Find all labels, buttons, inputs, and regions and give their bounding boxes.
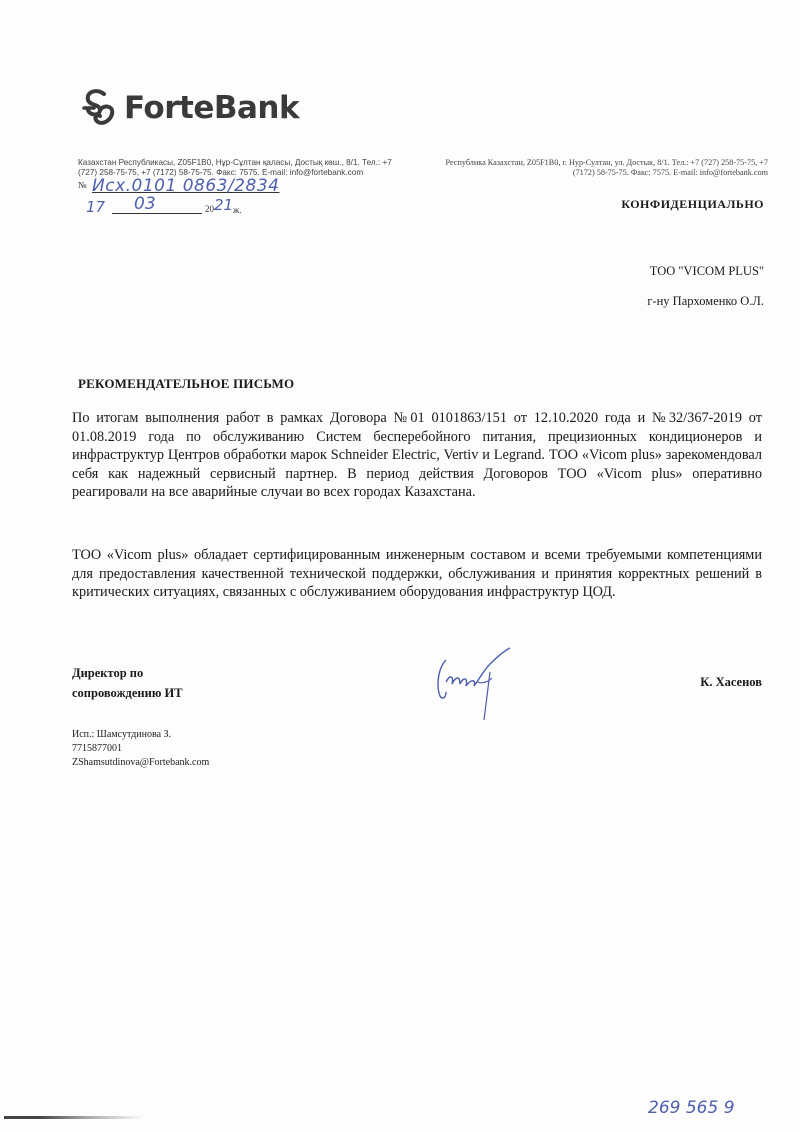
executor-phone: 7715877001: [72, 742, 209, 756]
recipient-person: г-ну Пархоменко О.Л.: [647, 294, 764, 309]
signatory-role-line2: сопровождению ИТ: [72, 683, 183, 703]
footer-handwritten-number: 269 565 9: [648, 1098, 735, 1118]
handwritten-signature-icon: [432, 642, 522, 722]
signatory-name: К. Хасенов: [700, 675, 762, 690]
reg-date-month: 03: [134, 194, 156, 214]
executor-contact: Исп.: Шамсутдинова З. 7715877001 ZShamsu…: [72, 728, 209, 770]
scan-artifact-line: [4, 1116, 144, 1119]
letter-title: РЕКОМЕНДАТЕЛЬНОЕ ПИСЬМО: [78, 376, 294, 392]
confidential-label: КОНФИДЕНЦИАЛЬНО: [621, 197, 764, 212]
reg-date-underline: [112, 213, 202, 214]
executor-name: Исп.: Шамсутдинова З.: [72, 728, 209, 742]
reg-date-day: 17: [86, 198, 105, 216]
recipient-company: ТОО "VICOM PLUS": [650, 264, 764, 279]
letter-paragraph-2: ТОО «Vicom plus» обладает сертифицирован…: [72, 546, 762, 602]
brand-name: ForteBank: [124, 90, 299, 126]
reg-number-handwritten: Исх.0101 0863/2834: [92, 176, 279, 196]
address-russian: Республика Казахстан, Z05F1B0, г. Нур-Су…: [430, 158, 768, 178]
reg-date-year-unit: ж.: [233, 205, 241, 215]
executor-email: ZShamsutdinova@Fortebank.com: [72, 756, 209, 770]
letterhead-logo: ForteBank: [80, 86, 299, 130]
signatory-role-line1: Директор по: [72, 663, 183, 683]
signatory-role: Директор по сопровождению ИТ: [72, 663, 183, 703]
reg-date-year-prefix: 20: [205, 204, 214, 214]
letter-paragraph-1: По итогам выполнения работ в рамках Дого…: [72, 409, 762, 502]
address-kazakh: Казахстан Республикасы, Z05F1B0, Нұр-Сұл…: [78, 158, 408, 178]
fortebank-logo-icon: [80, 86, 118, 130]
reg-number-label: №: [78, 180, 87, 190]
reg-date-year-hand: 21: [214, 196, 233, 214]
